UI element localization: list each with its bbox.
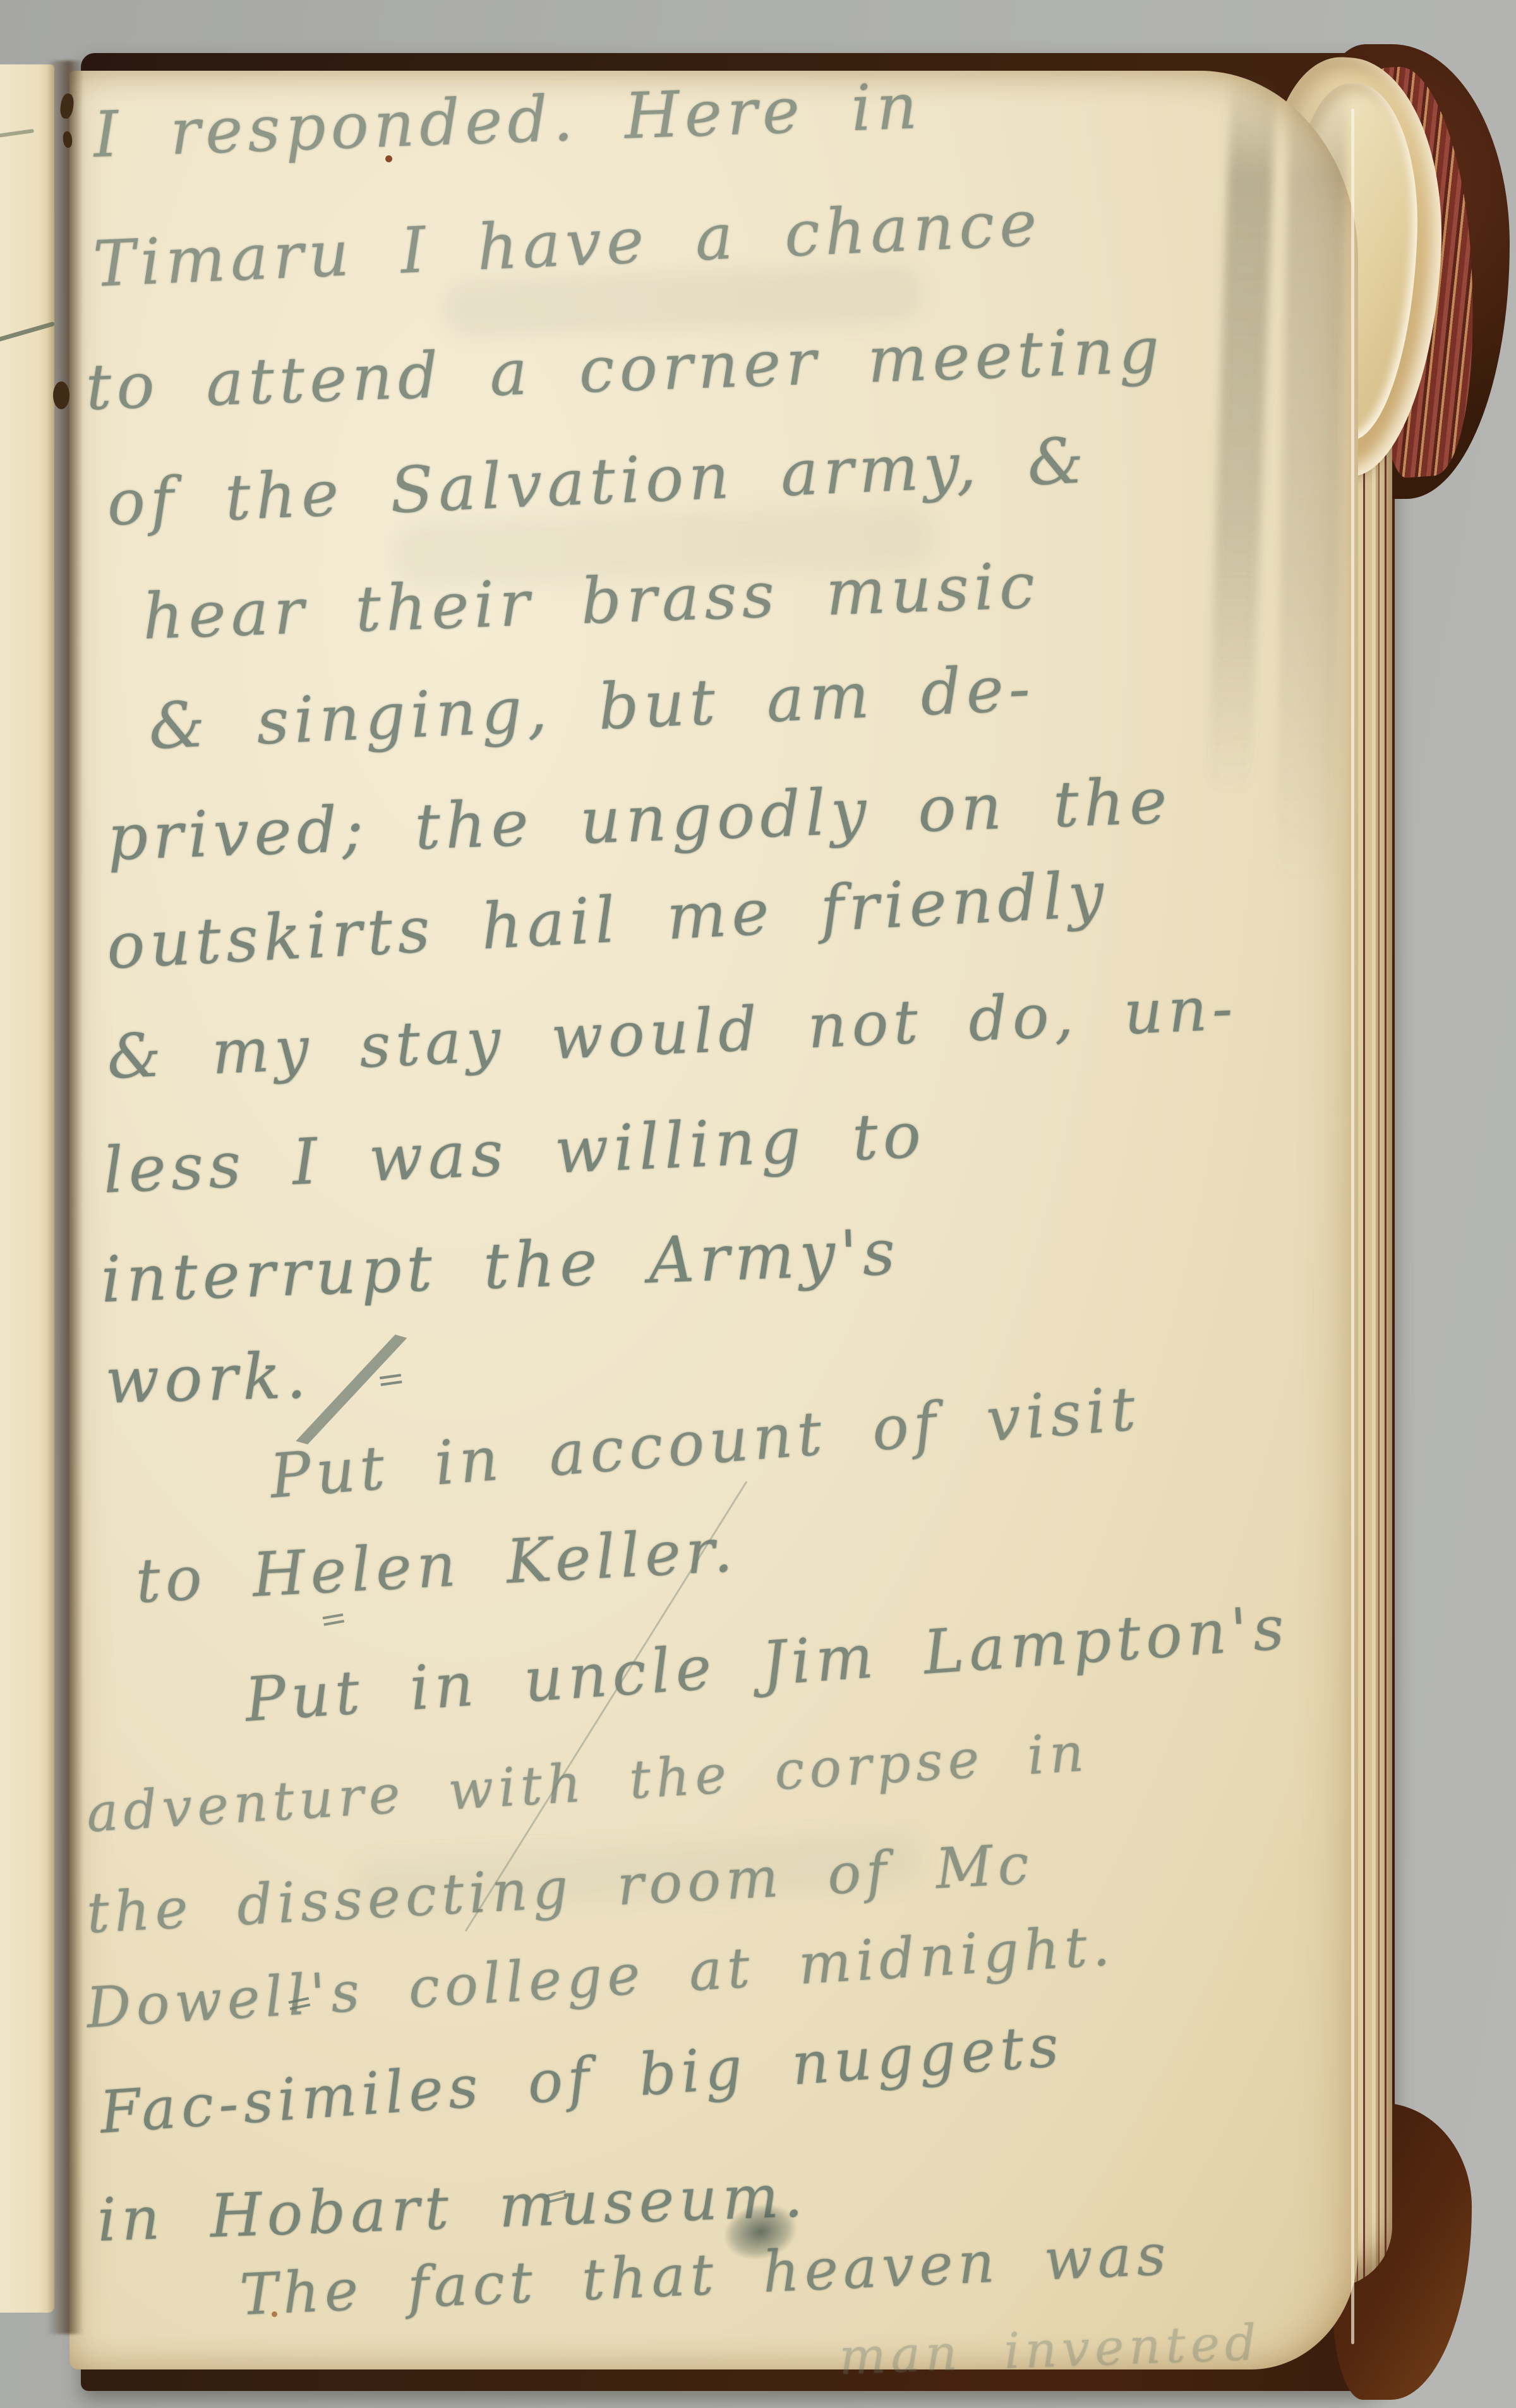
notebook-photo: I responded. Here in Timaru I have a cha… (0, 0, 1516, 2408)
handwritten-line-12: work. (104, 1339, 312, 1418)
section-separator-equals-1: = (374, 1357, 408, 1401)
binding-wear-spot (53, 381, 69, 409)
